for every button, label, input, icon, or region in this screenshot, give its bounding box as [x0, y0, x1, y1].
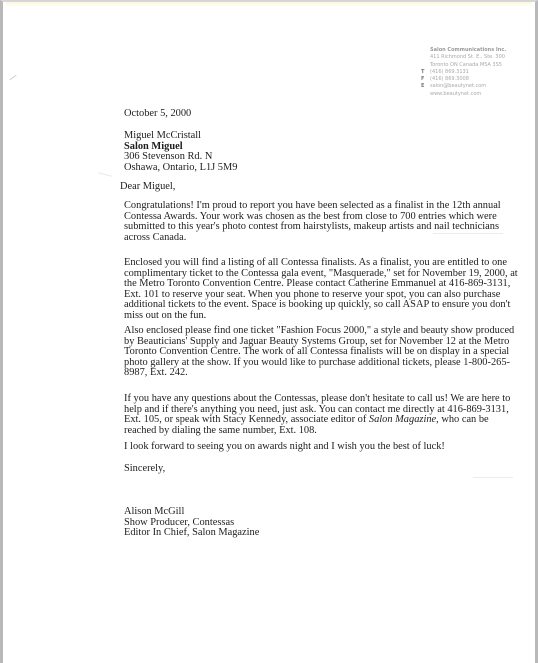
letter-date: October 5, 2000 [124, 109, 191, 120]
scan-artifact [433, 233, 503, 234]
paragraph-fashion-focus: Also enclosed please find one ticket "Fa… [124, 326, 519, 379]
email-label: E [421, 83, 430, 90]
scan-artifact [98, 172, 112, 177]
paragraph-best-wishes: I look forward to seeing you on awards n… [124, 442, 519, 453]
signer-title-2: Editor In Chief, Salon Magazine [124, 528, 259, 539]
fax-label: F [421, 76, 430, 83]
letterhead-address-line1: 411 Richmond St. E., Ste. 300 [430, 54, 506, 61]
closing: Sincerely, [124, 464, 165, 475]
letterhead-address-line2: Toronto ON Canada M5A 3S5 [430, 62, 506, 69]
signer-name: Alison McGill [124, 507, 259, 518]
letterhead-fax: (416) 869.3008 [430, 76, 469, 82]
recipient-city: Oshawa, Ontario, L1J 5M9 [124, 163, 237, 174]
paragraph-questions: If you have any questions about the Cont… [124, 394, 519, 436]
letterhead: Salon Communications Inc. 411 Richmond S… [430, 47, 506, 98]
salutation: Dear Miguel, [120, 182, 175, 193]
letterhead-phone: (416) 869.3131 [430, 69, 469, 75]
letterhead-email-row: Esalon@beautynet.com [430, 83, 506, 90]
magazine-name: Salon Magazine [369, 414, 436, 425]
phone-label: T [421, 69, 430, 76]
scan-edge-tint [6, 2, 532, 7]
scan-artifact [9, 75, 16, 80]
letterhead-website: www.beautynet.com [430, 91, 506, 98]
recipient-address: Miguel McCristall Salon Miguel 306 Steve… [124, 131, 237, 173]
signature-block: Alison McGill Show Producer, Contessas E… [124, 507, 259, 539]
letterhead-email: salon@beautynet.com [430, 83, 486, 89]
recipient-name: Miguel McCristall [124, 131, 237, 142]
letterhead-company: Salon Communications Inc. [430, 47, 506, 54]
paragraph-gala-ticket: Enclosed you will find a listing of all … [124, 258, 519, 322]
paragraph-congratulations: Congratulations! I'm proud to report you… [124, 201, 519, 243]
scanned-letter-page: Salon Communications Inc. 411 Richmond S… [0, 0, 538, 663]
letterhead-phone-row: T(416) 869.3131 [430, 69, 506, 76]
scan-artifact [473, 477, 513, 478]
letterhead-fax-row: F(416) 869.3008 [430, 76, 506, 83]
